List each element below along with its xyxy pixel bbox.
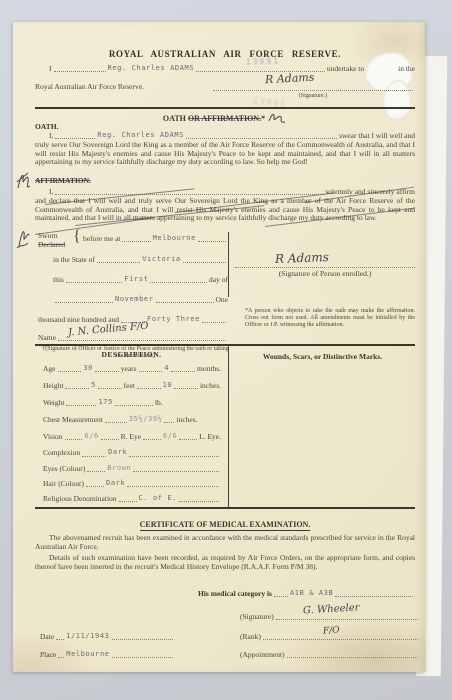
description-row-eyes: Eyes (Colour) Brown [43, 465, 221, 474]
row-unit: feet [124, 382, 135, 391]
appointment-row: (Appointment) [240, 651, 420, 660]
date-row: Date 1/11/1943 [40, 633, 175, 642]
dotted-leader [129, 455, 219, 457]
description-row-religion: Religious Denomination C. of E. [43, 495, 221, 504]
form-title: ROYAL AUSTRALIAN AIR FORCE RESERVE. [35, 49, 415, 59]
dotted-leader [198, 240, 226, 242]
dotted-leader [263, 638, 418, 640]
dotted-leader [183, 261, 226, 263]
dotted-leader [95, 370, 119, 372]
dotted-leader [133, 470, 219, 472]
description-row-vision: Vision 6/6 R. Eye 6/6 L. Eye. [43, 433, 221, 442]
day-typed: First [124, 275, 148, 284]
description-row-hair: Hair (Colour) Dark [43, 480, 221, 489]
undertaking-text: undertake to [327, 65, 364, 74]
state-typed: Victoria [142, 255, 181, 264]
affirmation-label: AFFIRMATION. [35, 177, 91, 186]
description-row-height: Height 5 feet 10 inches. [43, 382, 221, 391]
dotted-leader [186, 137, 337, 139]
row-value: Dark [108, 448, 127, 457]
row-label: Religious Denomination [43, 495, 117, 504]
row-value: 35½/39½ [129, 415, 163, 424]
row-value: Dark [106, 479, 125, 488]
dotted-leader [150, 281, 207, 283]
dotted-leader [87, 470, 105, 472]
heading-star: * [261, 114, 265, 123]
margin-initials-icon [15, 170, 31, 192]
row-label: Chest Measurement [43, 416, 103, 425]
dotted-leader [65, 387, 89, 389]
row-label: Vision [43, 433, 63, 442]
row-label: Age [43, 365, 56, 374]
dotted-leader [335, 595, 413, 597]
dotted-leader [139, 370, 163, 372]
row-unit: inches. [176, 416, 197, 425]
medical-category-row: His medical category is A1B & A3B [198, 590, 415, 599]
row-unit: L. Eye. [199, 433, 221, 442]
undertaking-text-2: in the [398, 65, 415, 74]
declared-label: Declared [38, 241, 65, 250]
dotted-leader [276, 618, 418, 620]
description-row-age: Age 30 years 4 months. [43, 365, 221, 374]
row-value: 175 [98, 398, 112, 407]
certificate-heading-wrap: CERTIFICATE OF MEDICAL EXAMINATION. [35, 520, 415, 529]
wounds-heading: Wounds, Scars, or Distinctive Marks. [235, 353, 410, 362]
description-row-complexion: Complexion Dark [43, 449, 221, 458]
month-row: November One [53, 296, 228, 305]
oath-name-typed: Reg. Charles ADAMS [97, 131, 184, 140]
enrolled-signature-line [235, 267, 415, 268]
row-value: C. of E. [139, 494, 178, 503]
row-label: Hair (Colour) [43, 480, 84, 489]
dotted-leader [98, 387, 122, 389]
oath-footnote: *A person who objects to take the oath m… [245, 308, 415, 328]
affirmation-paragraph: and declare that I will well and truly s… [35, 197, 415, 223]
state-row: in the State of Victoria [53, 256, 228, 265]
dotted-leader [112, 656, 173, 658]
dotted-leader [156, 301, 214, 303]
heading-or-affirmation: OR AFFIRMATION. [188, 114, 261, 123]
row-label: Complexion [43, 449, 80, 458]
undertaking-prefix: I [49, 65, 52, 74]
dotted-leader [66, 281, 123, 283]
before-me-label: before me at [83, 235, 120, 244]
dotted-leader [58, 656, 64, 658]
dotted-leader [274, 595, 288, 597]
table-top-border [35, 344, 415, 346]
row-label: Eyes (Colour) [43, 465, 85, 474]
dotted-leader [112, 638, 173, 640]
dotted-leader [54, 70, 106, 72]
dotted-leader [174, 387, 198, 389]
dotted-leader [86, 485, 104, 487]
row-value: 4 [164, 364, 169, 373]
dotted-leader [66, 404, 96, 406]
description-row-weight: Weight 175 lb. [43, 399, 221, 408]
row-unit: years [121, 365, 137, 374]
dotted-leader [287, 656, 418, 658]
signature-label: (Signature) [240, 613, 274, 622]
row-value: 6/6 [84, 432, 98, 441]
row-unit: inches. [200, 382, 221, 391]
oath-paragraph: truly serve Our Sovereign Lord the King … [35, 141, 415, 167]
row-value: 6/6 [163, 432, 177, 441]
dotted-leader [65, 438, 83, 440]
dotted-leader [55, 193, 323, 195]
brace-glyph: { [73, 228, 81, 246]
dotted-leader [97, 261, 140, 263]
certificate-heading: CERTIFICATE OF MEDICAL EXAMINATION. [140, 520, 311, 531]
description-row-chest: Chest Measurement 35½/39½ inches. [43, 416, 221, 425]
certificate-para2: Details of such examination have been re… [35, 554, 415, 571]
row-value: 30 [83, 364, 93, 373]
appointment-label: (Appointment) [240, 651, 285, 660]
margin-initials-icon [15, 226, 31, 250]
date-typed: 1/11/1943 [66, 632, 109, 641]
category-typed: A1B & A3B [290, 589, 333, 598]
date-label: Date [40, 633, 54, 642]
place-label: Place [40, 651, 56, 660]
day-of-label: day of [209, 276, 228, 285]
dotted-leader [55, 301, 113, 303]
attestation-divider [228, 232, 229, 297]
heading-oath: OATH [163, 114, 188, 123]
form-page: 13881 13881 ROYAL AUSTRALIAN AIR FORCE R… [13, 22, 425, 672]
rank-label: (Rank) [240, 633, 261, 642]
dotted-leader [58, 339, 226, 341]
oath-label: OATH. [35, 123, 58, 132]
dotted-leader [82, 455, 106, 457]
undertaking-line2: Royal Australian Air Force Reserve. [35, 83, 144, 92]
row-label: Height [43, 382, 63, 391]
dotted-leader [179, 438, 197, 440]
table-bottom-border [35, 507, 415, 509]
row-value: 5 [91, 381, 96, 390]
row-value: 10 [163, 381, 173, 390]
dotted-leader [58, 370, 82, 372]
dotted-leader [105, 421, 127, 423]
dotted-leader [164, 421, 174, 423]
table-divider [228, 344, 229, 507]
rank-handwritten: F/O [323, 625, 340, 636]
scanned-document: 13881 13881 ROYAL AUSTRALIAN AIR FORCE R… [0, 0, 452, 700]
row-unit: months. [197, 365, 221, 374]
sworn-place-typed: Melbourne [153, 234, 196, 243]
enrolled-signature-caption: (Signature of Person enrolled.) [245, 270, 405, 279]
enrolled-signature: R Adams [275, 250, 329, 266]
name-label: Name [38, 334, 56, 343]
signature-dotted-line [213, 90, 413, 91]
row-label: Weight [43, 399, 64, 408]
dotted-leader [122, 240, 150, 242]
dotted-leader [171, 370, 195, 372]
dotted-leader [115, 404, 153, 406]
place-row: Place Melbourne [40, 651, 175, 660]
dotted-leader [56, 638, 64, 640]
dotted-leader [179, 500, 219, 502]
dotted-leader [202, 321, 226, 323]
state-label: in the State of [53, 256, 95, 265]
dotted-leader [101, 438, 119, 440]
dotted-leader [137, 387, 161, 389]
category-label: His medical category is [198, 590, 272, 599]
day-row: this First day of [53, 276, 228, 285]
undertaking-line: I Reg. Charles ADAMS undertake to in the [35, 65, 415, 74]
row-unit: R. Eye [121, 433, 141, 442]
month-typed: November [115, 295, 154, 304]
row-unit: lb. [155, 399, 163, 408]
signature-caption: (Signature.) [253, 93, 373, 100]
enrollee-signature-top: R Adams [265, 71, 315, 87]
dotted-leader [127, 485, 219, 487]
dotted-leader [55, 137, 95, 139]
oath-heading: OATH OR AFFIRMATION.* [35, 112, 415, 124]
dotted-leader [119, 500, 137, 502]
this-label: this [53, 276, 64, 285]
certificate-para1: The abovenamed recruit has been examined… [35, 534, 415, 551]
name-row: Name [38, 334, 228, 343]
description-heading: DESCRIPTION. [35, 351, 228, 360]
place-typed: Melbourne [66, 650, 109, 659]
dotted-leader [143, 438, 161, 440]
before-me-row: before me at Melbourne [83, 235, 228, 244]
section-rule [35, 107, 415, 109]
row-value: Brown [107, 464, 131, 473]
year-typed: Forty Three [147, 315, 200, 324]
handwritten-initials-icon [267, 112, 287, 124]
description-rows: Age 30 years 4 months. Height 5 feet 10 … [43, 365, 221, 503]
one-label: One [216, 296, 229, 305]
recruit-name-typed: Reg. Charles ADAMS [108, 64, 195, 73]
